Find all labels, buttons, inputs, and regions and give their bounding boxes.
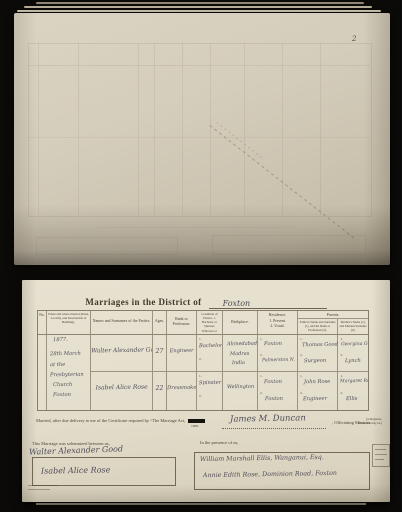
cell-entry-no <box>38 335 47 410</box>
show-through-line <box>182 43 183 215</box>
cell-groom-mother: 1. Georgina Good 2. Lynch <box>338 335 368 371</box>
cell-bride-birthplace: Wellington <box>223 372 258 410</box>
cell-groom-residence: 1. Foxton 2. Palmerston N. <box>258 335 298 372</box>
show-through-line <box>28 137 370 138</box>
redaction-mark <box>188 419 205 423</box>
register-right-page: Marriages in the District of Foxton No. … <box>22 280 390 502</box>
column-header-father: Father's Name and Surname (1), and his R… <box>298 319 338 335</box>
cell-bride-residence: 1. Foxton 2. Foxton <box>258 372 298 410</box>
register-photo: 2 Marriages in the District of Foxton No… <box>0 0 402 512</box>
cell-bride-father: 1. John Rose 2. Engineer <box>298 372 338 410</box>
cell-bride-age: 22 <box>153 372 167 410</box>
column-header-no: No. <box>38 311 47 335</box>
cell-groom-parents: 1. Thomas Good 2. Surgeon 1. Georgina Go… <box>298 335 368 372</box>
cell-groom-father: 1. Thomas Good 2. Surgeon <box>298 335 338 371</box>
footnote-fine-print <box>28 489 50 490</box>
bride-signature-box: Isabel Alice Rose <box>32 457 176 486</box>
cell-bride-mother: 1. Margaret Rose 2. Ellis <box>338 372 368 410</box>
marriage-table: No. When and where married (Date, Locali… <box>37 310 369 411</box>
column-header-rank: Rank or Profession. <box>167 311 197 335</box>
show-through-box <box>212 235 366 255</box>
column-header-ages: Ages. <box>153 311 167 335</box>
witness-signature-1: William Marshall Ellis, Wanganui, Esq. <box>200 454 324 463</box>
book-page-edge <box>24 6 372 8</box>
column-header-parents: Parents. Father's Name and Surname (1), … <box>298 311 368 335</box>
column-header-names: Names and Surnames of the Parties. <box>91 311 153 335</box>
witnesses-label: In the presence of us, <box>200 440 238 445</box>
stray-pencil-mark: 2 <box>352 35 356 43</box>
show-through-line <box>28 65 370 66</box>
book-page-edge <box>17 10 381 12</box>
register-left-page: 2 <box>14 13 390 265</box>
officiating-note: as the case may be.) <box>358 421 382 425</box>
column-header-condition: Condition of Parties. 1. Bachelor or Spi… <box>197 311 223 335</box>
cell-groom-age: 27 <box>153 335 167 372</box>
groom-signature: Walter Alexander Good <box>29 444 123 456</box>
minister-signature: James M. Duncan <box>230 413 306 424</box>
minister-certification-row: Married, after due delivery to me of the… <box>36 414 382 440</box>
registrar-stamp <box>372 444 390 467</box>
cell-groom-condition: 1. Bachelor 2. <box>197 335 223 372</box>
show-through-line <box>244 43 245 215</box>
certification-text: Married, after due delivery to me of the… <box>36 418 204 423</box>
column-header-when: When and where married (Date, Locality, … <box>47 311 91 335</box>
cell-when-where: 1877. 28th March at the Presbyterian Chu… <box>47 335 91 410</box>
show-through-box <box>36 237 178 255</box>
act-year: 1908. <box>191 424 199 428</box>
show-through-line <box>138 43 139 215</box>
book-page-edge <box>36 2 364 4</box>
cell-groom-rank: Engineer <box>167 335 197 372</box>
show-through-line <box>282 43 283 215</box>
cell-bride-condition: 1. Spinster 2. <box>197 372 223 410</box>
cell-bride-name: Isabel Alice Rose <box>91 372 153 410</box>
show-through-line <box>78 43 79 215</box>
cell-groom-name: Walter Alexander Good <box>91 335 153 372</box>
show-through-line <box>94 227 294 228</box>
footnote-fine-print <box>28 485 58 486</box>
column-header-birthplace: Birthplace. <box>223 311 258 335</box>
cell-bride-parents: 1. John Rose 2. Engineer 1. Margaret Ros… <box>298 372 368 410</box>
column-header-mother: Mother's Name (1), and Maiden Surname (2… <box>338 319 368 335</box>
show-through-line <box>210 43 211 215</box>
signature-underline <box>222 428 326 429</box>
show-through-line <box>320 43 321 215</box>
district-name-handwritten: Foxton <box>209 299 327 309</box>
show-through-line <box>154 43 155 215</box>
witness-signature-box: William Marshall Ellis, Wanganui, Esq. A… <box>194 452 370 490</box>
page-title: Marriages in the District of <box>85 297 201 307</box>
column-header-residence: Residence. 1. Present. 2. Usual. <box>258 311 298 335</box>
form-title-row: Marriages in the District of Foxton <box>22 292 390 310</box>
bride-signature: Isabel Alice Rose <box>41 465 110 475</box>
witness-signature-2: Annie Edith Rose, Dominion Road, Foxton <box>203 470 337 479</box>
book-page-edge <box>36 503 366 505</box>
cell-bride-rank: Dressmaker <box>167 372 197 410</box>
show-through-line <box>38 43 39 215</box>
cell-groom-birthplace: Ahmedabad Madras India <box>223 335 258 372</box>
